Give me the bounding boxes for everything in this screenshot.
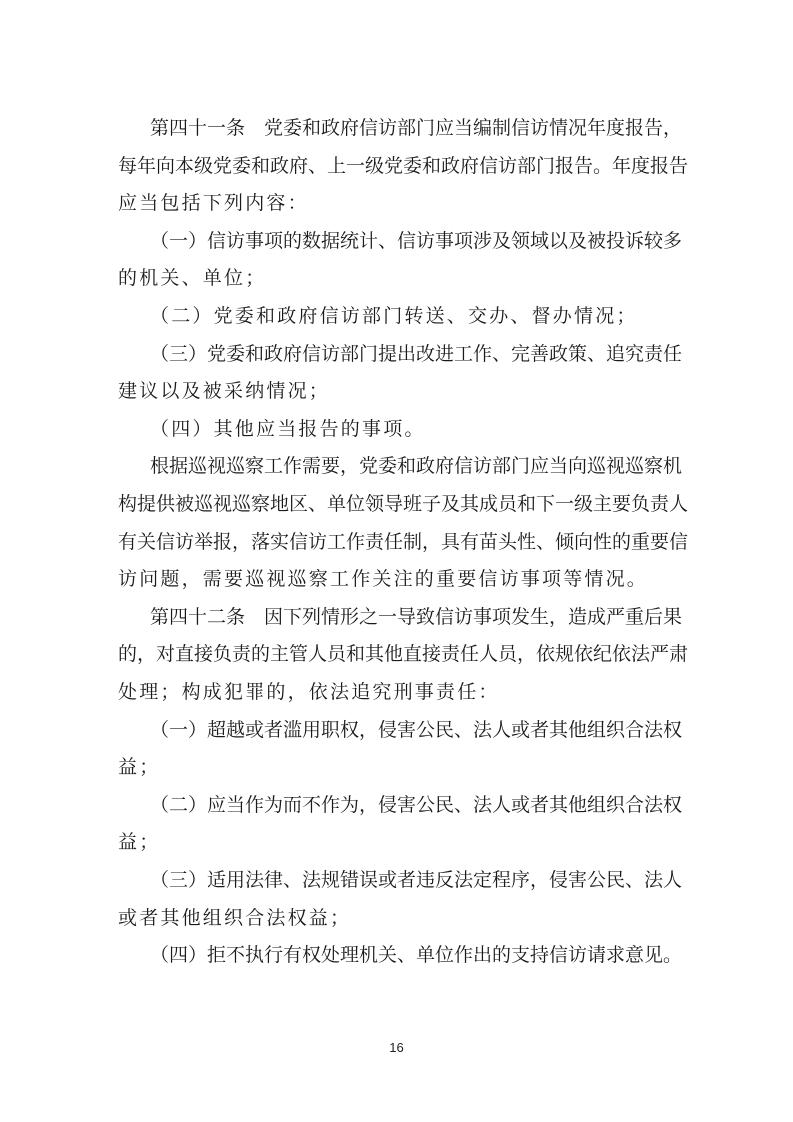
text-line: （一）超越或者滥用职权，侵害公民、法人或者其他组织合法权 (150, 718, 678, 742)
text-line: 每年向本级党委和政府、上一级党委和政府信访部门报告。年度报告 (118, 154, 678, 178)
text-line: （三）党委和政府信访部门提出改进工作、完善政策、追究责任 (150, 342, 678, 366)
text-line: 的，对直接负责的主管人员和其他直接责任人员，依规依纪依法严肃 (118, 642, 678, 666)
text-line: 根据巡视巡察工作需要，党委和政府信访部门应当向巡视巡察机 (150, 454, 678, 478)
text-line: 建议以及被采纳情况； (118, 379, 678, 403)
text-line: 应当包括下列内容： (118, 191, 678, 215)
text-line: 益； (118, 830, 678, 854)
text-line: （二）党委和政府信访部门转送、交办、督办情况； (150, 304, 678, 328)
text-line: （四）其他应当报告的事项。 (150, 417, 678, 441)
text-line: 有关信访举报，落实信访工作责任制，具有苗头性、倾向性的重要信 (118, 530, 678, 554)
text-line: 的机关、单位； (118, 266, 678, 290)
text-line: 处理；构成犯罪的，依法追究刑事责任： (118, 680, 678, 704)
text-line: （二）应当作为而不作为，侵害公民、法人或者其他组织合法权 (150, 793, 678, 817)
text-line: （一）信访事项的数据统计、信访事项涉及领域以及被投诉较多 (150, 229, 678, 253)
text-line: 构提供被巡视巡察地区、单位领导班子及其成员和下一级主要负责人 (118, 492, 678, 516)
document-page: 第四十一条 党委和政府信访部门应当编制信访情况年度报告，每年向本级党委和政府、上… (0, 0, 793, 1122)
text-line: 或者其他组织合法权益； (118, 906, 678, 930)
text-line: 第四十二条 因下列情形之一导致信访事项发生，造成严重后果 (150, 605, 678, 629)
text-line: 第四十一条 党委和政府信访部门应当编制信访情况年度报告， (150, 116, 678, 140)
text-line: 益； (118, 755, 678, 779)
text-line: （三）适用法律、法规错误或者违反法定程序，侵害公民、法人 (150, 868, 678, 892)
text-line: （四）拒不执行有权处理机关、单位作出的支持信访请求意见。 (150, 943, 678, 967)
page-number: 16 (0, 1040, 793, 1055)
text-line: 访问题，需要巡视巡察工作关注的重要信访事项等情况。 (118, 567, 678, 591)
